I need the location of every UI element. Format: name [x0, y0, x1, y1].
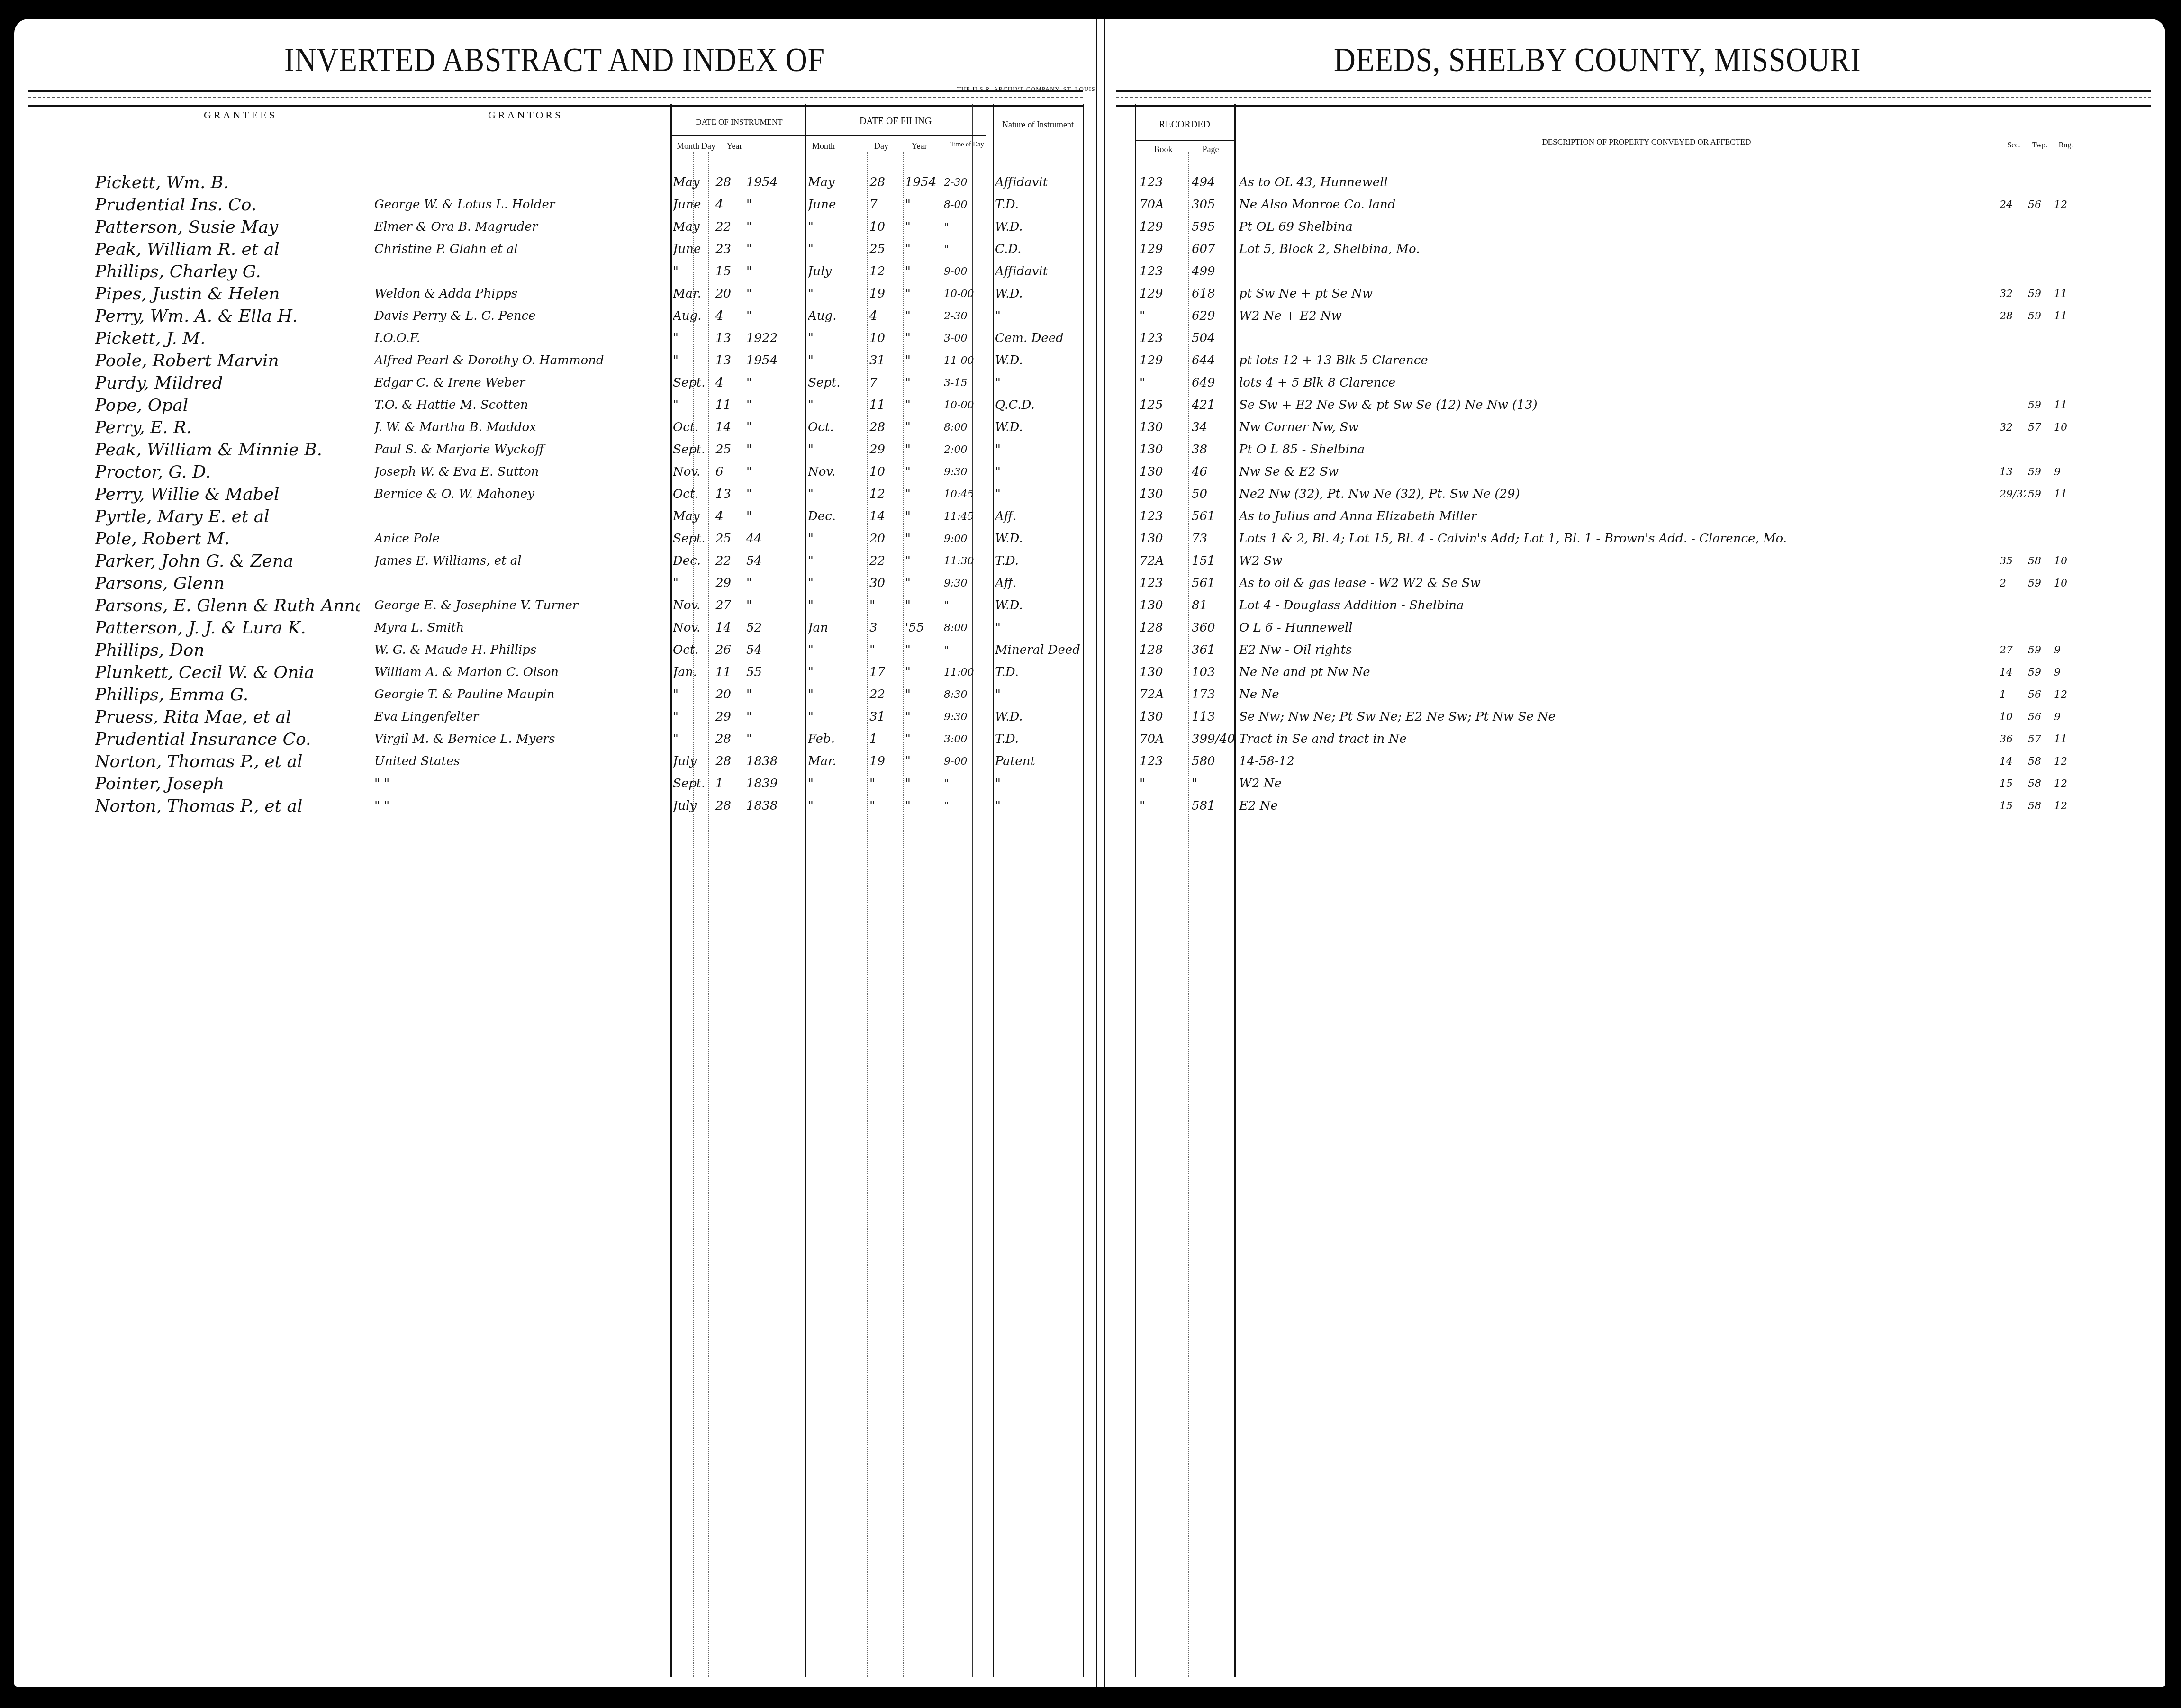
- description-cell: Ne Ne and pt Nw Ne: [1239, 661, 1950, 684]
- page-cell: 305: [1192, 194, 1234, 216]
- grantee-cell: Parker, John G. & Zena: [95, 550, 360, 572]
- description-cell: Ne Ne: [1239, 684, 1950, 706]
- file-year-cell: ": [905, 795, 943, 817]
- time-of-day-header: Time of Day: [944, 141, 990, 149]
- table-row: Peak, William R. et alChristine P. Glahn…: [14, 238, 1097, 261]
- table-row: Perry, Wm. A. & Ella H.Davis Perry & L. …: [14, 305, 1097, 327]
- inst-year-cell: ": [746, 728, 803, 750]
- table-row: "581E2 Ne155812: [1102, 795, 2165, 817]
- inst-month-cell: ": [673, 261, 715, 283]
- inst-year-cell: 55: [746, 661, 803, 684]
- inst-day-cell: 4: [715, 372, 744, 394]
- time-cell: 11:45: [944, 506, 991, 528]
- sec-cell: 32: [2000, 416, 2026, 439]
- inst-month-cell: June: [673, 194, 715, 216]
- page-cell: 644: [1192, 350, 1234, 372]
- table-row: Peak, William & Minnie B.Paul S. & Marjo…: [14, 439, 1097, 461]
- grantor-cell: Alfred Pearl & Dorothy O. Hammond: [374, 350, 668, 372]
- file-year-cell: ": [905, 728, 943, 750]
- rng-cell: 11: [2054, 394, 2078, 416]
- description-cell: Nw Se & E2 Sw: [1239, 461, 1950, 483]
- file-year-cell: ": [905, 394, 943, 416]
- page-cell: 360: [1192, 617, 1234, 639]
- inst-year-cell: 1954: [746, 350, 803, 372]
- grantors-header: GRANTORS: [488, 109, 563, 121]
- description-cell: Lot 5, Block 2, Shelbina, Mo.: [1239, 238, 1950, 261]
- file-day-cell: 3: [869, 617, 900, 639]
- time-cell: 2-30: [944, 172, 991, 194]
- inst-year-cell: ": [746, 305, 803, 327]
- sec-header: Sec.: [2002, 141, 2026, 150]
- file-year-cell: ": [905, 305, 943, 327]
- inst-year-cell: ": [746, 261, 803, 283]
- inst-year-cell: 52: [746, 617, 803, 639]
- file-year-cell: ": [905, 661, 943, 684]
- table-row: 70A399/400Tract in Se and tract in Ne365…: [1102, 728, 2165, 750]
- time-cell: 9:30: [944, 572, 991, 595]
- twp-cell: 56: [2028, 194, 2052, 216]
- rng-cell: 12: [2054, 773, 2078, 795]
- inst-month-cell: ": [673, 706, 715, 728]
- book-cell: 123: [1140, 506, 1187, 528]
- inst-year-cell: ": [746, 394, 803, 416]
- nature-cell: T.D.: [995, 728, 1080, 750]
- table-row: Norton, Thomas P., et al" "July281838"""…: [14, 795, 1097, 817]
- page-header: Page: [1192, 145, 1230, 154]
- table-row: 13081Lot 4 - Douglass Addition - Shelbin…: [1102, 595, 2165, 617]
- description-cell: As to OL 43, Hunnewell: [1239, 172, 1950, 194]
- grantee-cell: Purdy, Mildred: [95, 372, 360, 394]
- inst-year-cell: 1838: [746, 750, 803, 773]
- file-day-cell: 28: [869, 416, 900, 439]
- inst-month-cell: Sept.: [673, 372, 715, 394]
- file-day-cell: 14: [869, 506, 900, 528]
- page-cell: 399/400: [1192, 728, 1234, 750]
- file-month-cell: ": [808, 327, 860, 350]
- file-month-cell: Jan: [808, 617, 860, 639]
- inst-day-cell: 13: [715, 483, 744, 506]
- description-cell: Se Nw; Nw Ne; Pt Sw Ne; E2 Ne Sw; Pt Nw …: [1239, 706, 1950, 728]
- file-year-cell: ": [905, 372, 943, 394]
- nature-cell: W.D.: [995, 283, 1080, 305]
- file-day-cell: 28: [869, 172, 900, 194]
- grantor-cell: Anice Pole: [374, 528, 668, 550]
- grantee-cell: Peak, William & Minnie B.: [95, 439, 360, 461]
- time-cell: 11-00: [944, 350, 991, 372]
- book-cell: 129: [1140, 350, 1187, 372]
- time-cell: ": [944, 216, 991, 238]
- description-cell: As to oil & gas lease - W2 W2 & Se Sw: [1239, 572, 1950, 595]
- inst-month-cell: Oct.: [673, 483, 715, 506]
- table-row: 13050Ne2 Nw (32), Pt. Nw Ne (32), Pt. Sw…: [1102, 483, 2165, 506]
- file-day-cell: 17: [869, 661, 900, 684]
- book-cell: 128: [1140, 617, 1187, 639]
- book-cell: 130: [1140, 661, 1187, 684]
- file-day-cell: 10: [869, 216, 900, 238]
- time-cell: ": [944, 639, 991, 661]
- inst-month-cell: July: [673, 795, 715, 817]
- grantee-cell: Pole, Robert M.: [95, 528, 360, 550]
- grantor-cell: Myra L. Smith: [374, 617, 668, 639]
- table-row: 125421Se Sw + E2 Ne Sw & pt Sw Se (12) N…: [1102, 394, 2165, 416]
- rng-cell: 11: [2054, 283, 2078, 305]
- book-cell: 130: [1140, 416, 1187, 439]
- nature-cell: Mineral Deed: [995, 639, 1080, 661]
- file-month-cell: ": [808, 706, 860, 728]
- file-year-cell: ": [905, 706, 943, 728]
- description-cell: 14-58-12: [1239, 750, 1950, 773]
- book-cell: 130: [1140, 528, 1187, 550]
- page-cell: 504: [1192, 327, 1234, 350]
- table-row: 130103Ne Ne and pt Nw Ne14599: [1102, 661, 2165, 684]
- inst-day-cell: 28: [715, 750, 744, 773]
- grantor-cell: James E. Williams, et al: [374, 550, 668, 572]
- table-row: 130113Se Nw; Nw Ne; Pt Sw Ne; E2 Ne Sw; …: [1102, 706, 2165, 728]
- nature-cell: ": [995, 305, 1080, 327]
- file-day-cell: 22: [869, 550, 900, 572]
- grantee-cell: Pickett, J. M.: [95, 327, 360, 350]
- twp-cell: 59: [2028, 305, 2052, 327]
- book-header: Book: [1144, 145, 1182, 154]
- time-cell: 8:00: [944, 617, 991, 639]
- page-cell: 629: [1192, 305, 1234, 327]
- grantee-cell: Plunkett, Cecil W. & Onia: [95, 661, 360, 684]
- twp-header: Twp.: [2028, 141, 2052, 150]
- file-day-cell: 12: [869, 483, 900, 506]
- file-month-cell: ": [808, 394, 860, 416]
- nature-cell: ": [995, 372, 1080, 394]
- rng-cell: 9: [2054, 639, 2078, 661]
- table-row: Patterson, Susie MayElmer & Ora B. Magru…: [14, 216, 1097, 238]
- inst-day-cell: 28: [715, 172, 744, 194]
- grantee-cell: Perry, Willie & Mabel: [95, 483, 360, 506]
- page-cell: 73: [1192, 528, 1234, 550]
- inst-day-cell: 4: [715, 305, 744, 327]
- book-cell: 129: [1140, 283, 1187, 305]
- page-cell: 81: [1192, 595, 1234, 617]
- sec-cell: 15: [2000, 773, 2026, 795]
- time-cell: 10-00: [944, 394, 991, 416]
- page-cell: 581: [1192, 795, 1234, 817]
- grantor-cell: Davis Perry & L. G. Pence: [374, 305, 668, 327]
- inst-day-cell: 15: [715, 261, 744, 283]
- table-row: 13073Lots 1 & 2, Bl. 4; Lot 15, Bl. 4 - …: [1102, 528, 2165, 550]
- grantor-cell: William A. & Marion C. Olson: [374, 661, 668, 684]
- description-cell: Lot 4 - Douglass Addition - Shelbina: [1239, 595, 1950, 617]
- sec-cell: 14: [2000, 661, 2026, 684]
- grantee-cell: Parsons, Glenn: [95, 572, 360, 595]
- inst-month-cell: ": [673, 394, 715, 416]
- file-day-cell: ": [869, 795, 900, 817]
- grantor-cell: T.O. & Hattie M. Scotten: [374, 394, 668, 416]
- inst-year-cell: 1838: [746, 795, 803, 817]
- description-cell: W2 Ne: [1239, 773, 1950, 795]
- time-cell: 3-15: [944, 372, 991, 394]
- rng-cell: 10: [2054, 416, 2078, 439]
- inst-year-cell: ": [746, 194, 803, 216]
- table-row: 129644pt lots 12 + 13 Blk 5 Clarence: [1102, 350, 2165, 372]
- book-cell: 128: [1140, 639, 1187, 661]
- twp-cell: 58: [2028, 550, 2052, 572]
- time-cell: 9:30: [944, 706, 991, 728]
- sec-cell: 32: [2000, 283, 2026, 305]
- file-year-cell: ": [905, 572, 943, 595]
- file-day-cell: 11: [869, 394, 900, 416]
- nature-cell: ": [995, 773, 1080, 795]
- book-cell: ": [1140, 372, 1187, 394]
- table-row: 123561As to Julius and Anna Elizabeth Mi…: [1102, 506, 2165, 528]
- nature-cell: Aff.: [995, 572, 1080, 595]
- table-row: 128360O L 6 - Hunnewell: [1102, 617, 2165, 639]
- file-day-cell: 20: [869, 528, 900, 550]
- grantor-cell: United States: [374, 750, 668, 773]
- file-year-cell: 1954: [905, 172, 943, 194]
- book-cell: ": [1140, 795, 1187, 817]
- table-row: Parsons, E. Glenn & Ruth AnnaGeorge E. &…: [14, 595, 1097, 617]
- book-cell: 129: [1140, 216, 1187, 238]
- twp-cell: 59: [2028, 461, 2052, 483]
- sec-cell: 28: [2000, 305, 2026, 327]
- twp-cell: 58: [2028, 795, 2052, 817]
- sec-cell: 1: [2000, 684, 2026, 706]
- time-cell: 3-00: [944, 327, 991, 350]
- file-month-cell: ": [808, 238, 860, 261]
- grantee-cell: Pyrtle, Mary E. et al: [95, 506, 360, 528]
- table-row: Pickett, Wm. B.May281954May2819542-30Aff…: [14, 172, 1097, 194]
- twp-cell: 59: [2028, 283, 2052, 305]
- grantee-cell: Perry, E. R.: [95, 416, 360, 439]
- book-cell: 123: [1140, 750, 1187, 773]
- file-day-cell: ": [869, 639, 900, 661]
- inst-day-cell: 25: [715, 439, 744, 461]
- nature-cell: W.D.: [995, 350, 1080, 372]
- sec-cell: 14: [2000, 750, 2026, 773]
- nature-cell: C.D.: [995, 238, 1080, 261]
- title-rule: [1116, 90, 2151, 107]
- inst-month-cell: May: [673, 506, 715, 528]
- inst-month-cell: Sept.: [673, 439, 715, 461]
- table-row: "629W2 Ne + E2 Nw285911: [1102, 305, 2165, 327]
- table-row: 72A173Ne Ne15612: [1102, 684, 2165, 706]
- grantor-cell: Bernice & O. W. Mahoney: [374, 483, 668, 506]
- grantor-cell: " ": [374, 795, 668, 817]
- table-row: Perry, E. R.J. W. & Martha B. MaddoxOct.…: [14, 416, 1097, 439]
- description-cell: pt lots 12 + 13 Blk 5 Clarence: [1239, 350, 1950, 372]
- file-month-cell: Aug.: [808, 305, 860, 327]
- file-month-cell: ": [808, 528, 860, 550]
- rng-cell: 10: [2054, 572, 2078, 595]
- book-cell: 130: [1140, 595, 1187, 617]
- rng-cell: 9: [2054, 661, 2078, 684]
- book-cell: 130: [1140, 461, 1187, 483]
- inst-month-cell: ": [673, 572, 715, 595]
- twp-cell: 58: [2028, 750, 2052, 773]
- nature-cell: T.D.: [995, 194, 1080, 216]
- table-row: Purdy, MildredEdgar C. & Irene WeberSept…: [14, 372, 1097, 394]
- sec-cell: 10: [2000, 706, 2026, 728]
- time-cell: ": [944, 238, 991, 261]
- nature-cell: Q.C.D.: [995, 394, 1080, 416]
- file-year-cell: ": [905, 439, 943, 461]
- table-row: Patterson, J. J. & Lura K.Myra L. SmithN…: [14, 617, 1097, 639]
- inst-month-cell: ": [673, 350, 715, 372]
- inst-day-cell: 14: [715, 617, 744, 639]
- description-cell: W2 Ne + E2 Nw: [1239, 305, 1950, 327]
- rng-cell: 11: [2054, 305, 2078, 327]
- nature-header: Nature of Instrument: [994, 119, 1082, 130]
- page-cell: 561: [1192, 572, 1234, 595]
- file-month-cell: ": [808, 572, 860, 595]
- twp-cell: 59: [2028, 394, 2052, 416]
- table-row: Perry, Willie & MabelBernice & O. W. Mah…: [14, 483, 1097, 506]
- book-cell: 130: [1140, 439, 1187, 461]
- description-cell: pt Sw Ne + pt Se Nw: [1239, 283, 1950, 305]
- file-month-cell: ": [808, 773, 860, 795]
- grantee-cell: Norton, Thomas P., et al: [95, 795, 360, 817]
- file-month-cell: ": [808, 350, 860, 372]
- book-cell: 129: [1140, 238, 1187, 261]
- left-page-title: INVERTED ABSTRACT AND INDEX OF: [284, 40, 825, 80]
- inst-year-cell: 1839: [746, 773, 803, 795]
- inst-year-cell: ": [746, 684, 803, 706]
- file-month-cell: ": [808, 639, 860, 661]
- inst-day-cell: 23: [715, 238, 744, 261]
- file-year-cell: ": [905, 461, 943, 483]
- file-day-cell: 30: [869, 572, 900, 595]
- table-row: Phillips, Charley G."15"July12"9-00Affid…: [14, 261, 1097, 283]
- table-row: Pope, OpalT.O. & Hattie M. Scotten"11""1…: [14, 394, 1097, 416]
- file-day-cell: 7: [869, 372, 900, 394]
- nature-cell: Aff.: [995, 506, 1080, 528]
- grantee-cell: Patterson, Susie May: [95, 216, 360, 238]
- file-day-cell: 25: [869, 238, 900, 261]
- file-year-header: Year: [905, 141, 933, 151]
- grantor-cell: Christine P. Glahn et al: [374, 238, 668, 261]
- nature-cell: Patent: [995, 750, 1080, 773]
- twp-cell: 56: [2028, 706, 2052, 728]
- file-month-cell: May: [808, 172, 860, 194]
- table-row: Pruess, Rita Mae, et alEva Lingenfelter"…: [14, 706, 1097, 728]
- file-year-cell: ": [905, 194, 943, 216]
- description-cell: Ne Also Monroe Co. land: [1239, 194, 1950, 216]
- file-month-cell: ": [808, 283, 860, 305]
- description-cell: Pt O L 85 - Shelbina: [1239, 439, 1950, 461]
- inst-year-cell: ": [746, 283, 803, 305]
- file-month-cell: ": [808, 216, 860, 238]
- file-year-cell: ": [905, 550, 943, 572]
- grantee-cell: Parsons, E. Glenn & Ruth Anna: [95, 595, 360, 617]
- nature-cell: Affidavit: [995, 261, 1080, 283]
- file-year-cell: ": [905, 283, 943, 305]
- twp-cell: 56: [2028, 684, 2052, 706]
- inst-day-cell: 26: [715, 639, 744, 661]
- sec-cell: 29/32: [2000, 483, 2026, 506]
- file-year-cell: ": [905, 528, 943, 550]
- time-cell: ": [944, 795, 991, 817]
- book-cell: 123: [1140, 327, 1187, 350]
- inst-year-cell: ": [746, 506, 803, 528]
- nature-cell: ": [995, 461, 1080, 483]
- grantor-cell: Joseph W. & Eva E. Sutton: [374, 461, 668, 483]
- file-day-cell: 10: [869, 461, 900, 483]
- sec-cell: 24: [2000, 194, 2026, 216]
- time-cell: 11:00: [944, 661, 991, 684]
- inst-year-cell: 54: [746, 639, 803, 661]
- table-row: Pole, Robert M.Anice PoleSept.2544"20"9:…: [14, 528, 1097, 550]
- book-cell: 72A: [1140, 550, 1187, 572]
- rng-cell: 10: [2054, 550, 2078, 572]
- table-row: 12358014-58-12145812: [1102, 750, 2165, 773]
- book-cell: 125: [1140, 394, 1187, 416]
- time-cell: 8:30: [944, 684, 991, 706]
- page-cell: 34: [1192, 416, 1234, 439]
- page-cell: 595: [1192, 216, 1234, 238]
- inst-month-cell: Nov.: [673, 617, 715, 639]
- twp-cell: 59: [2028, 661, 2052, 684]
- inst-day-cell: 22: [715, 216, 744, 238]
- nature-cell: Cem. Deed: [995, 327, 1080, 350]
- grantee-cell: Phillips, Don: [95, 639, 360, 661]
- sec-cell: 15: [2000, 795, 2026, 817]
- table-row: Plunkett, Cecil W. & OniaWilliam A. & Ma…: [14, 661, 1097, 684]
- inst-year-cell: ": [746, 416, 803, 439]
- table-row: Poole, Robert MarvinAlfred Pearl & Dorot…: [14, 350, 1097, 372]
- ledger-book: INVERTED ABSTRACT AND INDEX OF THE H.S.R…: [14, 19, 2165, 1687]
- file-day-cell: 19: [869, 750, 900, 773]
- page-cell: 499: [1192, 261, 1234, 283]
- inst-day-cell: 28: [715, 728, 744, 750]
- grantee-cell: Phillips, Emma G.: [95, 684, 360, 706]
- file-day-cell: 10: [869, 327, 900, 350]
- file-day-cell: 4: [869, 305, 900, 327]
- twp-cell: 58: [2028, 773, 2052, 795]
- page-cell: 113: [1192, 706, 1234, 728]
- table-row: 13046Nw Se & E2 Sw13599: [1102, 461, 2165, 483]
- twp-cell: 57: [2028, 416, 2052, 439]
- file-year-cell: ": [905, 327, 943, 350]
- inst-month-cell: ": [673, 728, 715, 750]
- page-cell: 580: [1192, 750, 1234, 773]
- file-day-cell: ": [869, 773, 900, 795]
- time-cell: 2-30: [944, 305, 991, 327]
- inst-year-cell: ": [746, 372, 803, 394]
- table-row: 123499: [1102, 261, 2165, 283]
- nature-cell: T.D.: [995, 550, 1080, 572]
- left-page: INVERTED ABSTRACT AND INDEX OF THE H.S.R…: [14, 19, 1097, 1687]
- inst-day-cell: 4: [715, 194, 744, 216]
- table-row: 129607Lot 5, Block 2, Shelbina, Mo.: [1102, 238, 2165, 261]
- page-cell: 173: [1192, 684, 1234, 706]
- nature-cell: Affidavit: [995, 172, 1080, 194]
- page-cell: 561: [1192, 506, 1234, 528]
- file-day-cell: 31: [869, 706, 900, 728]
- file-month-cell: Mar.: [808, 750, 860, 773]
- inst-year-cell: ": [746, 572, 803, 595]
- recorded-header: RECORDED: [1135, 119, 1234, 130]
- nature-cell: T.D.: [995, 661, 1080, 684]
- table-row: Norton, Thomas P., et alUnited StatesJul…: [14, 750, 1097, 773]
- inst-month-cell: Oct.: [673, 416, 715, 439]
- inst-month-cell: July: [673, 750, 715, 773]
- table-row: 128361E2 Nw - Oil rights27599: [1102, 639, 2165, 661]
- inst-month-cell: Sept.: [673, 528, 715, 550]
- file-year-cell: ": [905, 773, 943, 795]
- twp-cell: 57: [2028, 728, 2052, 750]
- table-row: 123494As to OL 43, Hunnewell: [1102, 172, 2165, 194]
- inst-day-cell: 1: [715, 773, 744, 795]
- grantor-cell: J. W. & Martha B. Maddox: [374, 416, 668, 439]
- inst-month-cell: Aug.: [673, 305, 715, 327]
